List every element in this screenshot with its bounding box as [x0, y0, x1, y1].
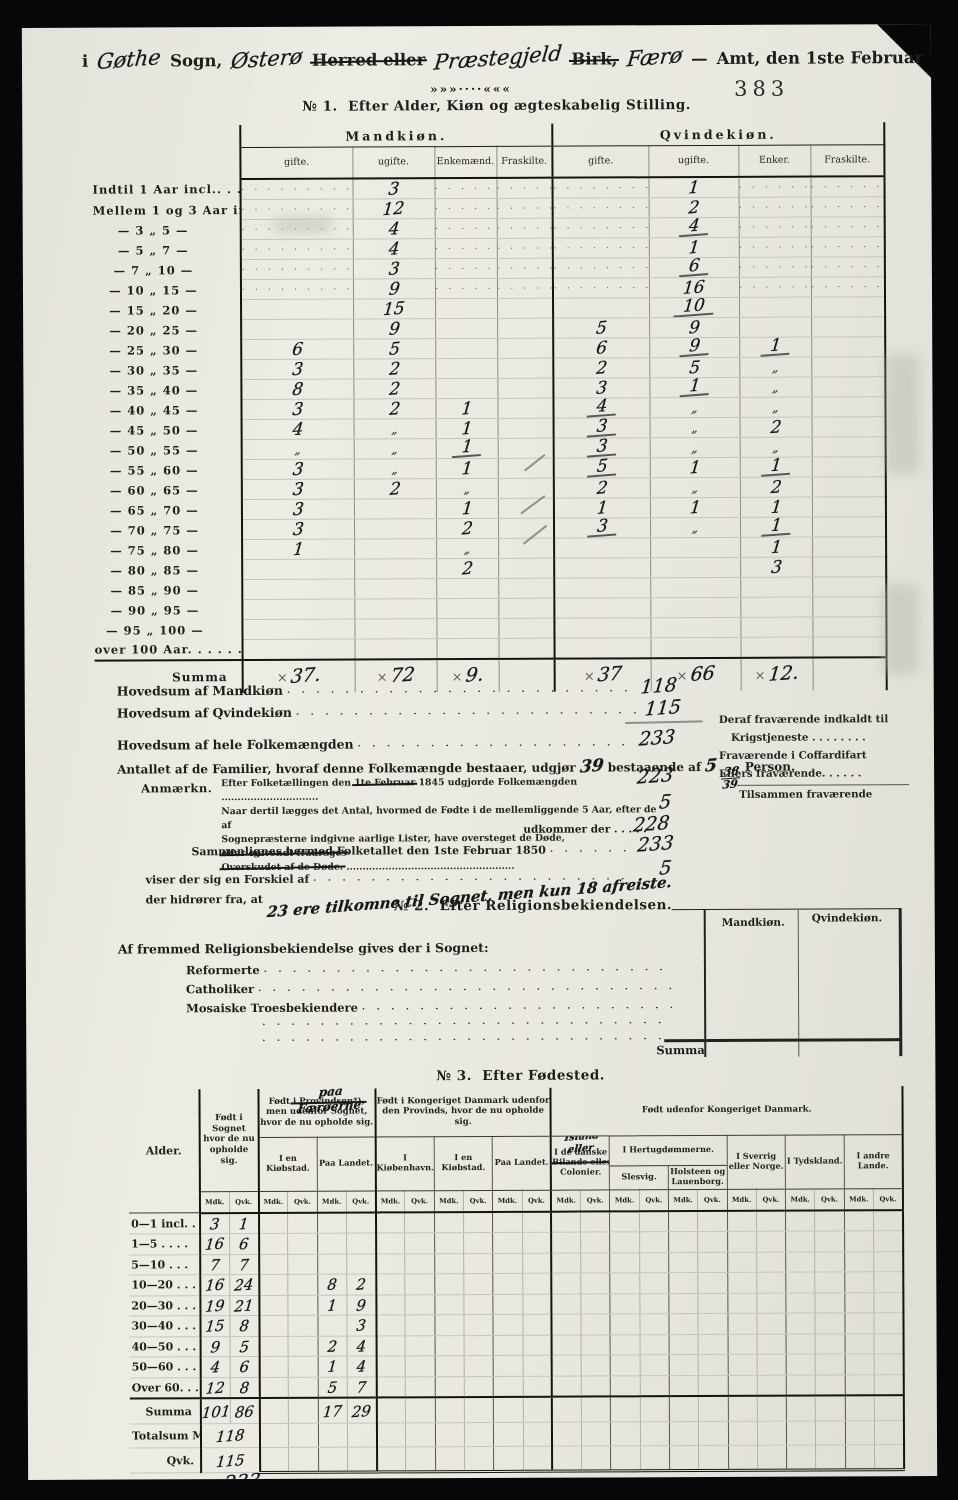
table-cell: 2 [353, 379, 435, 399]
table-cell [497, 378, 553, 398]
scan-text: 2 [596, 480, 608, 495]
scan-text: 4 [587, 398, 617, 417]
table-cell: — 15 „ 20 — [93, 300, 241, 321]
table-cell [757, 1445, 786, 1470]
table-cell [698, 1231, 727, 1252]
table1-column-header: Fraskilte. [810, 145, 884, 177]
table-cell [728, 1334, 757, 1355]
table-cell: 2 [740, 417, 812, 437]
table-cell [464, 1376, 493, 1397]
table-cell [581, 1232, 610, 1253]
table-cell: 2 [649, 197, 739, 217]
group-qvindekioen: Qvindekiøn. [552, 122, 884, 146]
table-cell [498, 478, 554, 498]
table-cell: 4 [353, 219, 435, 239]
scan-text: · · · · · · · · · · · · [554, 241, 649, 255]
table-cell [581, 1334, 610, 1355]
scan-text: · · · · · · · · · · · · [811, 180, 884, 194]
table-cell: Mellem 1 og 3 Aar incl. [93, 200, 241, 221]
table-cell [406, 1447, 435, 1472]
table-cell [437, 638, 499, 659]
scan-text: 37 [597, 666, 623, 682]
table-cell [464, 1211, 493, 1232]
hovedsum-total-value: 233 [638, 726, 676, 751]
table-cell [812, 437, 886, 457]
table-cell [727, 1231, 756, 1252]
table-cell [611, 1396, 640, 1422]
table-cell [464, 1355, 493, 1376]
table-cell [812, 457, 886, 477]
table-cell: 2 [436, 558, 498, 578]
table-cell: 2 [740, 477, 812, 497]
scan-text: 6 [238, 1235, 249, 1254]
table-cell [288, 1315, 317, 1336]
table-cell [812, 597, 886, 617]
scan-text: 1 [689, 460, 701, 475]
table-cell [405, 1212, 434, 1233]
scan-text: 16 [205, 1235, 226, 1255]
scan-text: 12 [205, 1378, 226, 1398]
table-cell [874, 1395, 904, 1421]
table-cell [354, 579, 436, 599]
table-cell: 115 [201, 1447, 260, 1472]
table2-title: № 2. Efter Religionsbekiendelsen. [394, 897, 673, 914]
scan-text: · · · · · · · · · · · · [554, 281, 649, 295]
table-cell [259, 1315, 288, 1336]
table-cell: 3 [241, 359, 353, 379]
table-cell: · · · · · · · · · · · · [739, 177, 811, 198]
table-cell [669, 1314, 698, 1335]
scan-text: · · · · · · · · · · · · [435, 261, 496, 275]
scan-text: 16 [205, 1276, 226, 1296]
table-cell: 5 [649, 357, 739, 377]
table-cell [816, 1395, 845, 1421]
table-cell [497, 398, 553, 418]
scan-text: 4 [388, 241, 400, 256]
table-cell [523, 1422, 552, 1446]
table-cell [699, 1445, 728, 1470]
qvk-header: Qvk. [346, 1190, 375, 1212]
table1-column-header: gifte. [240, 147, 352, 179]
table-cell [259, 1254, 288, 1275]
table-cell: · · · · · · · · · · · · [553, 177, 649, 198]
table-cell: 3 [553, 378, 649, 398]
scan-text: 9 [356, 1296, 367, 1315]
scan-text: 1 [461, 501, 473, 516]
table-cell [434, 1233, 463, 1254]
scan-text: · · · · · · · · · · · · [739, 280, 810, 294]
table-cell [786, 1272, 815, 1293]
table-cell [845, 1354, 874, 1375]
table-cell [727, 1252, 756, 1273]
table-cell: 19 [200, 1295, 229, 1316]
table-cell [289, 1398, 318, 1424]
table-cell [498, 578, 554, 598]
header-line: i Gøthe Sogn, Østerø Herred eller Præste… [82, 44, 912, 72]
table-cell [845, 1333, 874, 1354]
table-cell: „ [739, 357, 811, 377]
table2-row-mosaiske: Mosaiske Troesbekiendere. . . . . . . . … [186, 999, 672, 1015]
table3-total-row: Totalsum Mdk.118 [130, 1421, 904, 1448]
table-cell [757, 1334, 786, 1355]
scan-text: 3 [596, 380, 608, 395]
sub-colonier: Island eller I de danske Bilande eller C… [551, 1135, 610, 1189]
table-cell [610, 1334, 639, 1355]
scan-text: . . . . . . . . . . . . . . . . . . . . … [254, 983, 672, 996]
table-cell [92, 148, 240, 180]
table-cell: — 60 „ 65 — [94, 480, 242, 501]
table-cell: 16 [200, 1234, 229, 1255]
pen-underline [625, 720, 703, 724]
table-cell: „ [650, 417, 740, 437]
table-cell: 5 [554, 458, 650, 478]
table1-column-header: Fraskilte. [496, 146, 552, 178]
table-cell [522, 1273, 551, 1294]
table-cell [317, 1254, 346, 1275]
praestegjeld-name-handwritten: Østerø [230, 44, 304, 74]
table-cell [289, 1423, 318, 1447]
table-cell: · · · · · · · · · · · · [811, 257, 885, 277]
table-cell [354, 499, 436, 519]
table-cell: 1 [739, 337, 811, 357]
scan-text: · · · · · · · · · · · · [811, 240, 884, 254]
mdk-header: Mdk. [844, 1188, 873, 1210]
scan-text: „ [294, 442, 302, 457]
sogn-label: Sogn, [170, 51, 222, 70]
table-cell [845, 1445, 874, 1470]
table-cell [406, 1423, 435, 1447]
table-cell [757, 1313, 786, 1334]
herred-struck-label: Herred eller [312, 50, 426, 69]
table-cell [493, 1232, 522, 1253]
table-cell: · · · · · · · · · · · · [435, 218, 497, 238]
table-cell [650, 537, 740, 557]
table-cell [288, 1295, 317, 1316]
table-cell [523, 1355, 552, 1376]
table-cell [699, 1421, 728, 1445]
scan-text: 5 [239, 1337, 250, 1356]
scan-text: · · · · · · · · · · · · [811, 220, 884, 234]
sub-kbh: I Kiøbenhavn. [375, 1136, 434, 1190]
table-cell: 1 [318, 1356, 347, 1377]
table-cell [347, 1253, 376, 1274]
scan-text: 1 [679, 378, 709, 397]
table-cell [376, 1335, 405, 1356]
table-cell [757, 1252, 786, 1273]
table-cell [581, 1293, 610, 1314]
hovedsum-mandkioen-value: 118 [640, 674, 678, 699]
sub-kiobstad2: I en Kiøbstad. [434, 1136, 493, 1190]
table-cell [845, 1374, 874, 1395]
table-cell: · · · · · · · · · · · · [811, 197, 885, 217]
table-cell: · · · · · · · · · · · · [497, 258, 553, 278]
sub-holsteen: Holsteen og Lauenborg. [668, 1165, 727, 1189]
table-cell [812, 417, 886, 437]
table-cell [757, 1293, 786, 1314]
table-cell: 2 [354, 479, 436, 499]
scan-text: · · · · · · · · · · · · [435, 201, 496, 215]
scan-text: × [755, 668, 766, 683]
table-cell: 1 [436, 418, 498, 438]
scan-text: 1 [761, 518, 791, 537]
table-cell: „ [650, 477, 740, 497]
table-cell [727, 1293, 756, 1314]
table-cell [811, 377, 885, 397]
table-cell: 1 [436, 438, 498, 458]
table-cell: · · · · · · · · · · · · [739, 197, 811, 217]
table-cell [464, 1232, 493, 1253]
table-cell: 6 [230, 1356, 259, 1377]
scan-text: gifte.ugifte.Enkemænd.Fraskilte.gifte.ug… [92, 145, 884, 180]
scan-text: „ [391, 422, 399, 437]
scan-text: 3 [209, 1214, 220, 1233]
table-cell: 24 [230, 1274, 259, 1295]
qvk-header: Qvk. [873, 1188, 903, 1210]
table-cell [555, 638, 651, 659]
scan-text: 1 [770, 540, 782, 555]
scan-text: · · · · · · · · · · · · [811, 280, 884, 294]
table-cell: — 75 „ 80 — [94, 540, 242, 561]
table-cell: 17 [318, 1398, 347, 1424]
scan-text: · · · · · · · · · · · · [811, 200, 884, 214]
qvk-header: Qvk. [405, 1190, 434, 1212]
table-cell: 6 [649, 257, 739, 277]
census-page: i Gøthe Sogn, Østerø Herred eller Præste… [22, 24, 937, 1480]
table-cell [844, 1272, 873, 1293]
table-cell [259, 1423, 288, 1447]
scan-text: · · · · · · · · · · · · [497, 181, 552, 195]
table-cell [699, 1375, 728, 1396]
table-cell [728, 1313, 757, 1334]
table-cell: 2 [436, 518, 498, 538]
table-cell [786, 1334, 815, 1355]
table-cell: · · · · · · · · · · · · [553, 198, 649, 218]
table-cell [493, 1273, 522, 1294]
table-cell: · · · · · · · · · · · · [497, 238, 553, 258]
header-prefix: i [82, 52, 88, 71]
table-cell [288, 1336, 317, 1357]
table-cell [436, 618, 498, 638]
scan-text: 5 [587, 458, 617, 477]
scan-text: 9. [465, 667, 485, 682]
scan-text: Efter Religionsbekiendelsen. [440, 897, 673, 914]
table-cell: 9 [353, 279, 435, 299]
scan-text: 37. [290, 667, 322, 683]
table-cell: 5 [230, 1336, 259, 1357]
table-cell: — 95 „ 100 — [94, 620, 242, 641]
table-cell [874, 1354, 904, 1375]
table-cell: 1 [242, 539, 354, 559]
table-cell [554, 538, 650, 558]
table-cell: 0—1 incl. . . [129, 1213, 200, 1234]
table-cell [757, 1272, 786, 1293]
table-cell: 3 [347, 1315, 376, 1336]
table-cell [581, 1396, 610, 1422]
table-cell [698, 1210, 727, 1231]
scan-text: 15 [383, 301, 406, 317]
table-cell: 15 [200, 1316, 229, 1337]
mdk-header: Mdk. [258, 1191, 287, 1213]
table-cell [786, 1354, 815, 1375]
scan-text: 6 [595, 340, 607, 355]
table-cell [812, 497, 886, 517]
table-cell [640, 1293, 669, 1314]
scan-text: 2 [461, 561, 473, 576]
table-cell [318, 1423, 347, 1447]
table-cell [669, 1355, 698, 1376]
table-cell [406, 1376, 435, 1397]
udkommer-line: udkommer der . . . . . [523, 823, 647, 836]
sub-andre-lande: I andre Lande. [844, 1134, 903, 1188]
table-cell: 3 [242, 519, 354, 539]
table-cell [498, 618, 554, 638]
table-cell [435, 1274, 464, 1295]
table-cell: · · · · · · · · · · · · [553, 218, 649, 238]
table-cell [242, 599, 354, 619]
table-cell [243, 639, 355, 660]
anm-value-births: 5 [658, 791, 672, 814]
table-cell: · · · · · · · · · · · · [241, 259, 353, 279]
scan-text: 5 [595, 320, 607, 335]
scan-text: 8 [239, 1378, 250, 1397]
scan-text: 4 [356, 1337, 367, 1356]
table-cell [740, 617, 812, 637]
praestegjeld-word-handwritten: Præstegjeld [433, 41, 563, 75]
table-cell [874, 1374, 904, 1395]
table-cell [435, 318, 497, 338]
table3-row: Summa101861729 [130, 1395, 904, 1424]
scan-text: Alder. Født i Sognet hvor de nu opholde … [128, 1086, 902, 1137]
table-cell [815, 1292, 844, 1313]
qvk-header: Qvk. [756, 1189, 785, 1211]
scan-text: · · · · · · · · · · · · [435, 241, 496, 255]
scan-text: 17 [322, 1401, 343, 1421]
table-cell [650, 597, 740, 617]
table-cell: · · · · · · · · · · · · [739, 277, 811, 297]
table-cell [354, 619, 436, 639]
table-cell [552, 1335, 581, 1356]
scan-text: 3 [770, 560, 782, 575]
table-cell [811, 357, 885, 377]
scan-text: 72 [390, 667, 416, 683]
table-cell: 1 [436, 498, 498, 518]
table-cell [787, 1445, 816, 1470]
scan-text: 1 [326, 1296, 337, 1315]
table-cell: 8 [230, 1377, 259, 1398]
scan-text: · · · · · · · · · · · · [554, 221, 649, 235]
table-cell [288, 1274, 317, 1295]
table-cell [581, 1314, 610, 1335]
scan-text: 1845 udgjorde Folkemængden [419, 777, 578, 789]
table-cell [522, 1232, 551, 1253]
table-cell: — 25 „ 30 — [93, 340, 241, 361]
table-cell: 1—5 . . . . [129, 1234, 200, 1255]
table-cell: „ [739, 397, 811, 417]
table-cell [552, 1273, 581, 1294]
table-cell [756, 1210, 785, 1231]
table2-col-qvindekioen: Qvindekiøn. [812, 912, 883, 924]
table-cell [377, 1447, 406, 1472]
scan-text: 4 [678, 218, 708, 237]
scan-text: „ [691, 401, 699, 416]
table-cell: 30—40 . . . [129, 1316, 200, 1337]
table-cell: 2 [553, 358, 649, 378]
table-cell [376, 1356, 405, 1377]
table-cell [816, 1354, 845, 1375]
table-cell: 118 [201, 1423, 260, 1447]
table-cell: 9 [201, 1336, 230, 1357]
table-cell [812, 537, 886, 557]
table-cell: — 35 „ 40 — [93, 380, 241, 401]
scan-text: 2 [355, 1275, 366, 1294]
scan-text: · · · · · · · · · · · · [242, 282, 353, 296]
table-cell: 7 [229, 1254, 258, 1275]
table-cell [874, 1272, 904, 1293]
table2-vline-right [899, 908, 902, 1056]
table-cell [552, 1376, 581, 1397]
table-cell [436, 598, 498, 618]
table-cell: 1 [436, 458, 498, 478]
table-cell [581, 1355, 610, 1376]
g1-header: Født i Sognet hvor de nu opholde sig. [199, 1089, 258, 1191]
scan-text: 86 [234, 1402, 255, 1422]
table-cell [640, 1314, 669, 1335]
sub-kiobstad1: I en Kiøbstad. [258, 1137, 317, 1191]
table2-vline-mid [798, 909, 800, 1057]
table-cell [376, 1212, 405, 1233]
scan-text: 7 [356, 1378, 367, 1397]
table-cell [435, 1447, 464, 1472]
scan-text: Krigstjeneste . . . . . . . . [719, 731, 866, 744]
table-cell: „ [436, 538, 498, 558]
scan-text: 29 [351, 1401, 372, 1421]
table-cell: · · · · · · · · · · · · [811, 237, 885, 257]
table-cell [376, 1294, 405, 1315]
table-cell [669, 1334, 698, 1355]
table-cell: · · · · · · · · · · · · [496, 178, 552, 199]
amt-date-label: Amt, den 1ste Februar 1850. [717, 48, 938, 68]
table-cell [786, 1375, 815, 1396]
table-cell [498, 598, 554, 618]
scan-text: Colonier. [560, 1166, 601, 1176]
hovedsum-qvindekioen-value: 115 [644, 696, 682, 721]
table2-vline-left [704, 909, 707, 1057]
page-number: 383 [734, 77, 789, 101]
table-cell [259, 1377, 288, 1398]
scan-text: 12 [382, 201, 405, 217]
scan-text: Deraf fraværende indkaldt til [719, 713, 888, 726]
table-cell [786, 1252, 815, 1273]
table-cell [552, 1397, 581, 1423]
table-cell [611, 1446, 640, 1471]
table-cell: 3 [242, 459, 354, 479]
table-cell [812, 617, 886, 637]
table-cell [464, 1314, 493, 1335]
scan-text: · · · · · · · · · · · · [739, 180, 810, 194]
table-cell [318, 1447, 347, 1472]
table-cell: 4 [649, 217, 739, 237]
table-cell [497, 338, 553, 358]
scan-text: 3 [587, 438, 617, 457]
scan-text: Efter Folketællingen den [221, 778, 351, 790]
table-cell: „ [354, 439, 436, 459]
scan-text: Antallet af de Familier, hvoraf denne Fo… [117, 761, 576, 777]
table-cell: 1 [317, 1295, 346, 1316]
table-cell: · · · · · · · · · · · · [739, 257, 811, 277]
table-cell [288, 1254, 317, 1275]
table-cell [405, 1253, 434, 1274]
table-cell [347, 1233, 376, 1254]
